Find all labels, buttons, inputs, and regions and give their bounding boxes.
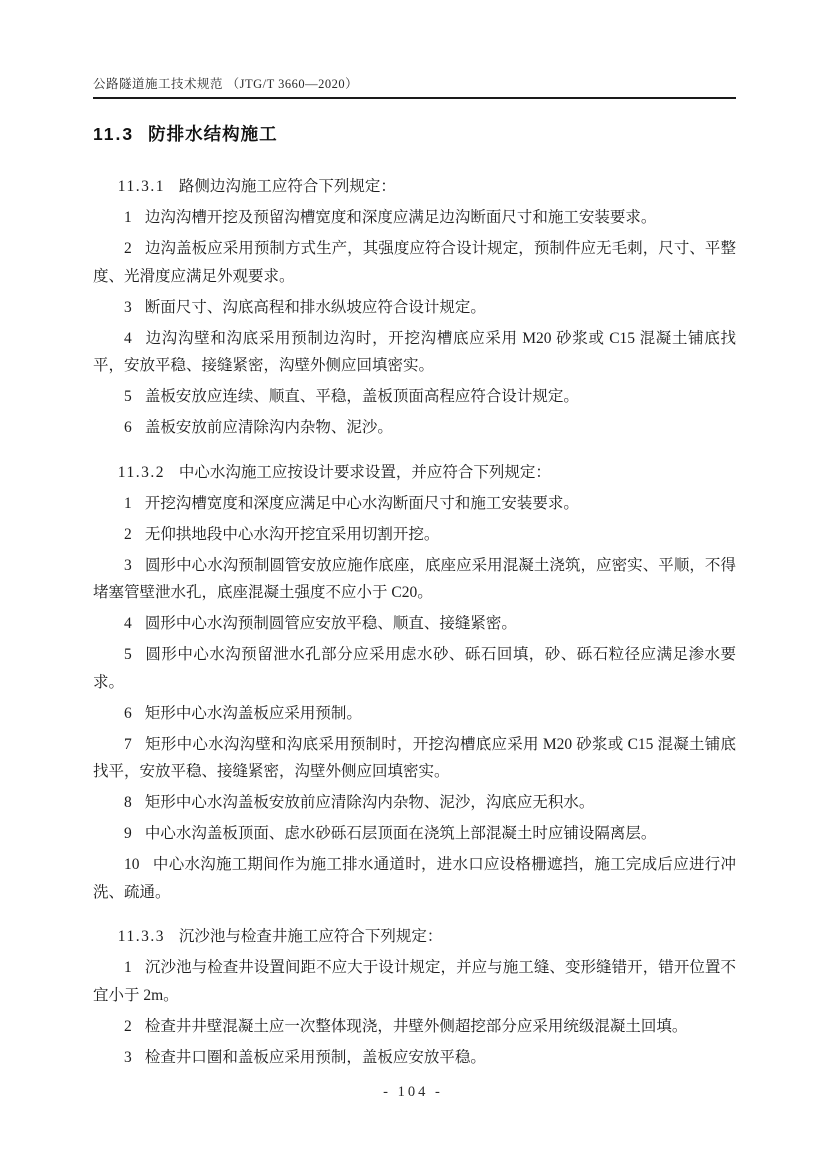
- clause-item: 2检查井井壁混凝土应一次整体现浇，井壁外侧超挖部分应采用统级混凝土回填。: [93, 1013, 736, 1041]
- item-text: 圆形中心水沟预制圆管安放应施作底座，底座应采用混凝土浇筑，应密实、平顺，不得堵塞…: [93, 557, 736, 602]
- item-text: 沉沙池与检查井设置间距不应大于设计规定，并应与施工缝、变形缝错开，错开位置不宜小…: [93, 959, 736, 1004]
- item-number: 5: [124, 388, 132, 405]
- clause-heading-text: 沉沙池与检查井施工应符合下列规定：: [179, 928, 443, 945]
- clause-heading: 11.3.3沉沙池与检查井施工应符合下列规定：: [93, 923, 736, 951]
- document-page: 公路隧道施工技术规范 （JTG/T 3660—2020） 11.3防排水结构施工…: [0, 0, 826, 1169]
- item-text: 中心水沟施工期间作为施工排水通道时，进水口应设格栅遮挡，施工完成后应进行冲洗、疏…: [93, 856, 736, 901]
- clause-item: 4边沟沟壁和沟底采用预制边沟时，开挖沟槽底应采用 M20 砂浆或 C15 混凝土…: [93, 325, 736, 380]
- item-text: 矩形中心水沟沟壁和沟底采用预制时，开挖沟槽底应采用 M20 砂浆或 C15 混凝…: [93, 736, 736, 781]
- item-text: 盖板安放前应清除沟内杂物、泥沙。: [145, 419, 393, 436]
- item-number: 1: [124, 959, 132, 976]
- section-number: 11.3: [93, 124, 134, 144]
- page-number: - 104 -: [0, 1084, 826, 1101]
- item-number: 3: [124, 1049, 132, 1066]
- item-text: 盖板安放应连续、顺直、平稳，盖板顶面高程应符合设计规定。: [145, 388, 579, 405]
- clause-item: 2无仰拱地段中心水沟开挖宜采用切割开挖。: [93, 521, 736, 549]
- item-number: 10: [124, 856, 140, 873]
- clause-item: 2边沟盖板应采用预制方式生产，其强度应符合设计规定，预制件应无毛刺，尺寸、平整度…: [93, 235, 736, 290]
- item-number: 4: [124, 615, 132, 632]
- item-number: 9: [124, 825, 132, 842]
- item-number: 2: [124, 526, 132, 543]
- item-number: 1: [124, 209, 132, 226]
- clause-item: 3圆形中心水沟预制圆管安放应施作底座，底座应采用混凝土浇筑，应密实、平顺，不得堵…: [93, 552, 736, 607]
- item-number: 3: [124, 299, 132, 316]
- item-text: 开挖沟槽宽度和深度应满足中心水沟断面尺寸和施工安装要求。: [145, 495, 579, 512]
- clause-item: 1沉沙池与检查井设置间距不应大于设计规定，并应与施工缝、变形缝错开，错开位置不宜…: [93, 954, 736, 1009]
- item-number: 2: [124, 1018, 132, 1035]
- clause-item: 1开挖沟槽宽度和深度应满足中心水沟断面尺寸和施工安装要求。: [93, 490, 736, 518]
- section-title: 防排水结构施工: [148, 124, 278, 144]
- clause-block: 11.3.3沉沙池与检查井施工应符合下列规定： 1沉沙池与检查井设置间距不应大于…: [93, 923, 736, 1071]
- clause-heading: 11.3.2中心水沟施工应按设计要求设置，并应符合下列规定：: [93, 459, 736, 487]
- item-number: 4: [124, 330, 132, 347]
- item-text: 边沟沟壁和沟底采用预制边沟时，开挖沟槽底应采用 M20 砂浆或 C15 混凝土铺…: [93, 330, 736, 375]
- clause-number: 11.3.1: [118, 178, 165, 195]
- clause-item: 4圆形中心水沟预制圆管应安放平稳、顺直、接缝紧密。: [93, 610, 736, 638]
- item-text: 矩形中心水沟盖板安放前应清除沟内杂物、泥沙，沟底应无积水。: [145, 794, 595, 811]
- item-text: 边沟沟槽开挖及预留沟槽宽度和深度应满足边沟断面尺寸和施工安装要求。: [145, 209, 657, 226]
- clause-item: 5圆形中心水沟预留泄水孔部分应采用虑水砂、砾石回填，砂、砾石粒径应满足渗水要求。: [93, 641, 736, 696]
- clause-number: 11.3.2: [118, 464, 165, 481]
- clause-item: 3检查井口圈和盖板应采用预制，盖板应安放平稳。: [93, 1044, 736, 1072]
- clause-block: 11.3.1路侧边沟施工应符合下列规定： 1边沟沟槽开挖及预留沟槽宽度和深度应满…: [93, 173, 736, 442]
- item-text: 边沟盖板应采用预制方式生产，其强度应符合设计规定，预制件应无毛刺，尺寸、平整度、…: [93, 240, 736, 285]
- item-number: 2: [124, 240, 132, 257]
- running-header: 公路隧道施工技术规范 （JTG/T 3660—2020）: [93, 74, 736, 92]
- section-heading: 11.3防排水结构施工: [93, 121, 736, 146]
- item-text: 检查井口圈和盖板应采用预制，盖板应安放平稳。: [145, 1049, 486, 1066]
- header-divider: [93, 97, 736, 99]
- clause-item: 8矩形中心水沟盖板安放前应清除沟内杂物、泥沙，沟底应无积水。: [93, 789, 736, 817]
- clause-item: 6矩形中心水沟盖板应采用预制。: [93, 700, 736, 728]
- content-column: 公路隧道施工技术规范 （JTG/T 3660—2020） 11.3防排水结构施工…: [93, 0, 736, 1075]
- clause-block: 11.3.2中心水沟施工应按设计要求设置，并应符合下列规定： 1开挖沟槽宽度和深…: [93, 459, 736, 907]
- item-text: 无仰拱地段中心水沟开挖宜采用切割开挖。: [145, 526, 440, 543]
- clause-item: 5盖板安放应连续、顺直、平稳，盖板顶面高程应符合设计规定。: [93, 383, 736, 411]
- clause-item: 9中心水沟盖板顶面、虑水砂砾石层顶面在浇筑上部混凝土时应铺设隔离层。: [93, 820, 736, 848]
- item-text: 圆形中心水沟预留泄水孔部分应采用虑水砂、砾石回填，砂、砾石粒径应满足渗水要求。: [93, 646, 736, 691]
- clause-item: 10中心水沟施工期间作为施工排水通道时，进水口应设格栅遮挡，施工完成后应进行冲洗…: [93, 851, 736, 906]
- clause-item: 3断面尺寸、沟底高程和排水纵坡应符合设计规定。: [93, 294, 736, 322]
- clause-heading-text: 路侧边沟施工应符合下列规定：: [179, 178, 396, 195]
- item-number: 7: [124, 736, 132, 753]
- clause-number: 11.3.3: [118, 928, 165, 945]
- item-text: 矩形中心水沟盖板应采用预制。: [145, 705, 362, 722]
- item-number: 1: [124, 495, 132, 512]
- clause-heading: 11.3.1路侧边沟施工应符合下列规定：: [93, 173, 736, 201]
- clause-item: 1边沟沟槽开挖及预留沟槽宽度和深度应满足边沟断面尺寸和施工安装要求。: [93, 204, 736, 232]
- clause-item: 6盖板安放前应清除沟内杂物、泥沙。: [93, 414, 736, 442]
- item-number: 5: [124, 646, 132, 663]
- item-number: 8: [124, 794, 132, 811]
- item-text: 圆形中心水沟预制圆管应安放平稳、顺直、接缝紧密。: [145, 615, 517, 632]
- item-number: 3: [124, 557, 132, 574]
- item-number: 6: [124, 705, 132, 722]
- item-text: 检查井井壁混凝土应一次整体现浇，井壁外侧超挖部分应采用统级混凝土回填。: [145, 1018, 688, 1035]
- clause-heading-text: 中心水沟施工应按设计要求设置，并应符合下列规定：: [179, 464, 551, 481]
- item-text: 中心水沟盖板顶面、虑水砂砾石层顶面在浇筑上部混凝土时应铺设隔离层。: [145, 825, 657, 842]
- clause-item: 7矩形中心水沟沟壁和沟底采用预制时，开挖沟槽底应采用 M20 砂浆或 C15 混…: [93, 731, 736, 786]
- item-number: 6: [124, 419, 132, 436]
- item-text: 断面尺寸、沟底高程和排水纵坡应符合设计规定。: [145, 299, 486, 316]
